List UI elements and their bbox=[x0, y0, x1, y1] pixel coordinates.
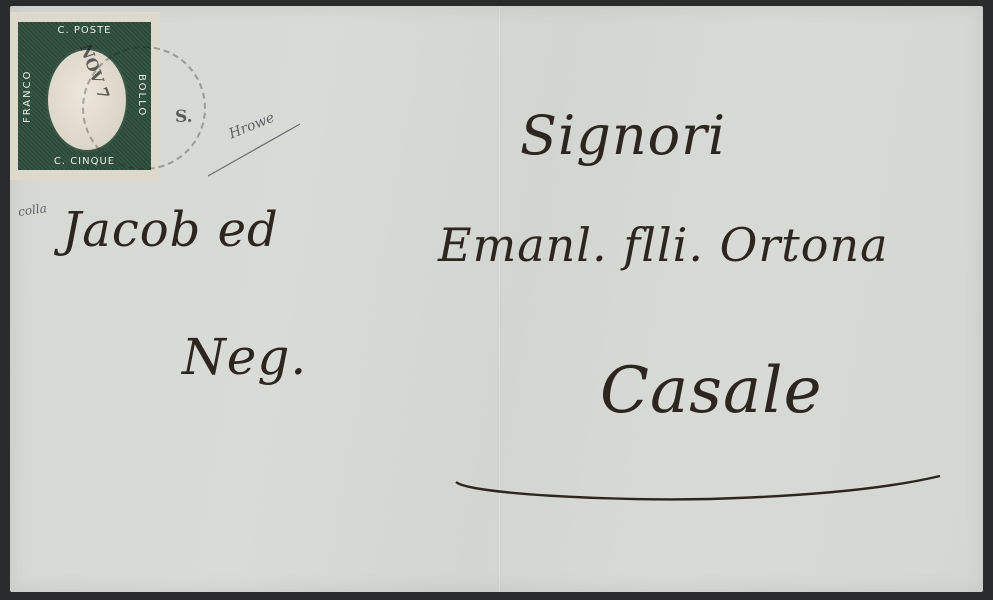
address-line1-left: Jacob ed bbox=[62, 202, 279, 258]
ink-strokes bbox=[10, 6, 983, 592]
salutation-text: Signori bbox=[520, 104, 726, 167]
postal-cover: C. POSTE FRANCO BOLLO C. CINQUE NOV 7 S.… bbox=[10, 6, 983, 592]
address-line1-right: Emanl. flli. Ortona bbox=[438, 218, 889, 272]
flourish-underline bbox=[456, 476, 940, 499]
address-line2-left: Neg. bbox=[182, 328, 307, 386]
city-text: Casale bbox=[600, 354, 822, 428]
pencil-underline bbox=[208, 124, 300, 176]
